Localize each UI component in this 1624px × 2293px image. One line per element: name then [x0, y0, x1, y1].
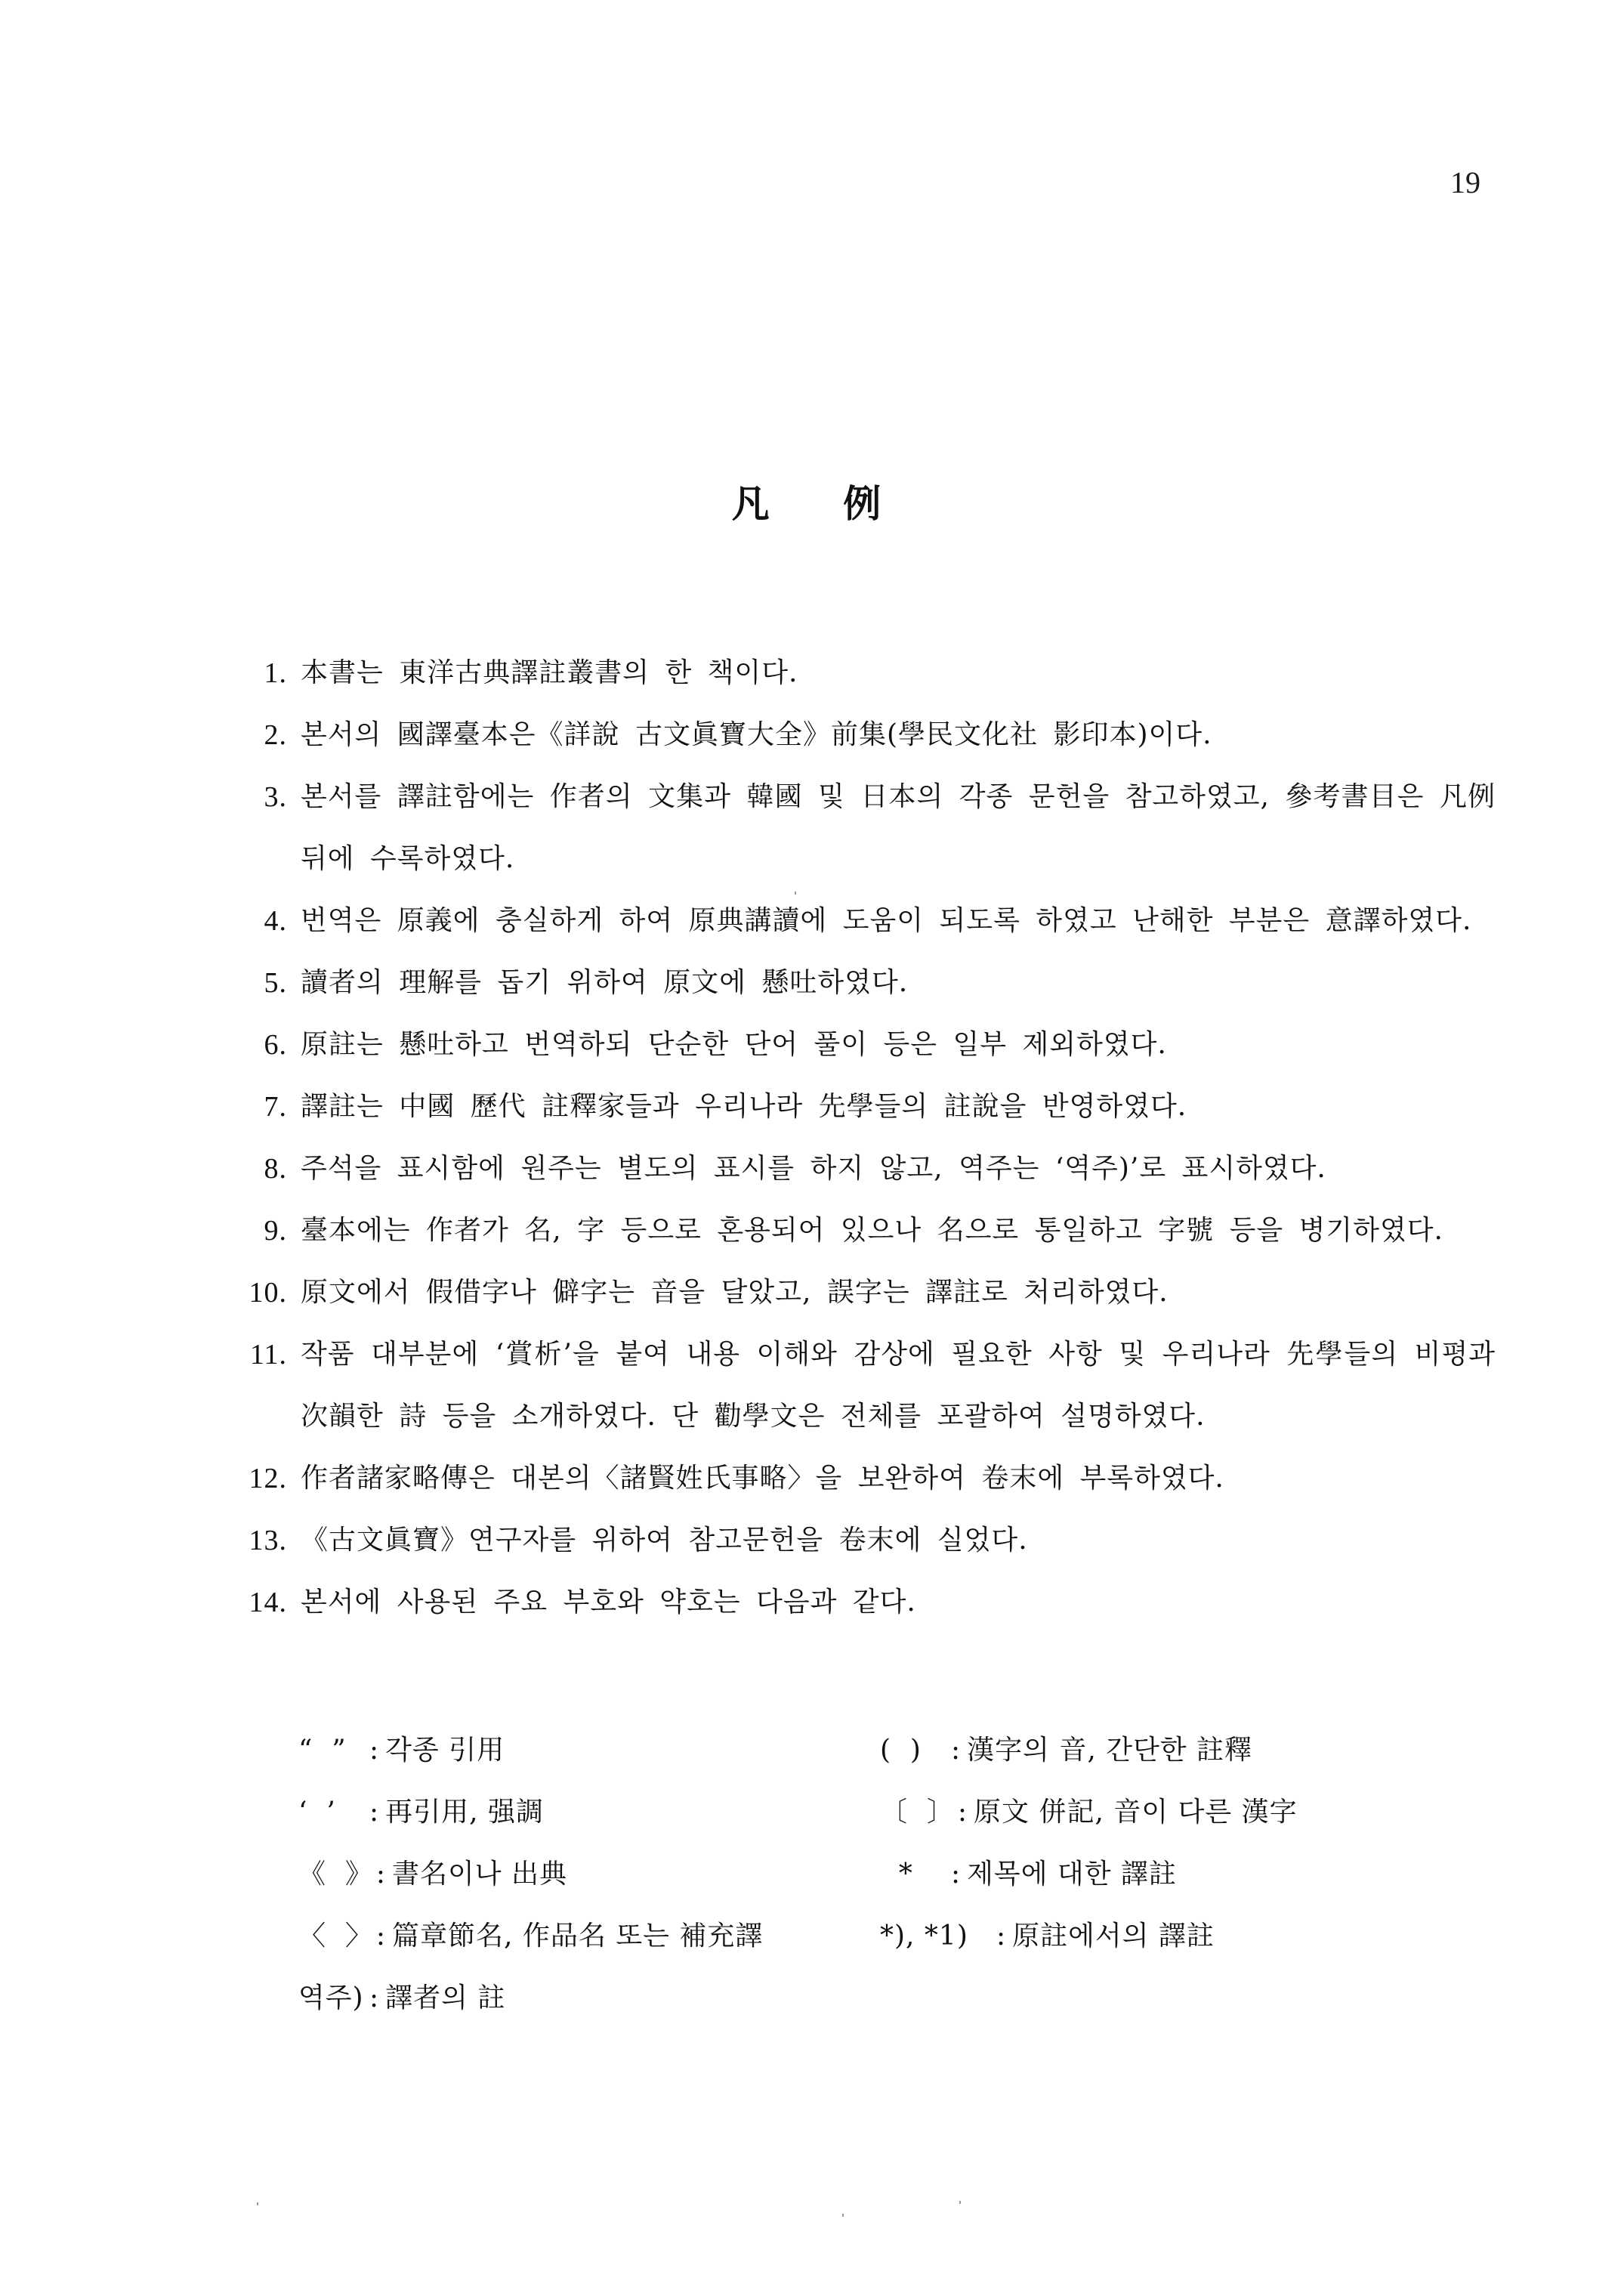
rule-number: 12.: [227, 1448, 301, 1510]
legend-meaning: 제목에 대한 譯註: [967, 1843, 1177, 1905]
rules-list: 1. 本書는 東洋古典譯註叢書의 한 책이다. 2. 본서의 國譯臺本은《詳說 …: [227, 642, 1496, 1633]
rule-text: 作者諸家略傳은 대본의〈諸賢姓氏事略〉을 보완하여 卷末에 부록하였다.: [301, 1448, 1496, 1510]
legend-meaning: 漢字의 音, 간단한 註釋: [967, 1720, 1252, 1782]
rule-item: 8. 주석을 표시함에 원주는 별도의 표시를 하지 않고, 역주는 ‘역주)’…: [227, 1138, 1496, 1200]
legend-item-angle-brackets: 〈 〉 : 篇章節名, 作品名 또는 補充譯: [298, 1905, 880, 1967]
legend-symbol: *), *1): [880, 1905, 993, 1967]
legend-item-parentheses: ( ) : 漢字의 音, 간단한 註釋: [880, 1720, 1356, 1782]
symbol-legend: “ ” : 각종 引用 ( ) : 漢字의 音, 간단한 註釋 ‘ ’ : 再引…: [298, 1720, 1356, 2029]
legend-symbol: 《 》: [298, 1843, 373, 1905]
legend-meaning: 篇章節名, 作品名 또는 補充譯: [392, 1905, 763, 1967]
legend-meaning: 原註에서의 譯註: [1012, 1905, 1215, 1967]
rule-number: 9.: [227, 1200, 301, 1262]
rule-item: 9. 臺本에는 作者가 名, 字 등으로 혼용되어 있으나 名으로 통일하고 字…: [227, 1200, 1496, 1262]
rule-text: 본서에 사용된 주요 부호와 약호는 다음과 같다.: [301, 1571, 1496, 1633]
legend-item-asterisk-paren: *), *1) : 原註에서의 譯註: [880, 1905, 1356, 1967]
rule-text: 《古文眞寶》연구자를 위하여 참고문헌을 卷末에 실었다.: [301, 1510, 1496, 1571]
rule-number: 2.: [227, 704, 301, 766]
legend-separator: :: [948, 1720, 967, 1782]
rule-number: 11.: [227, 1324, 301, 1386]
rule-number: 3.: [227, 766, 301, 828]
legend-separator: :: [373, 1843, 392, 1905]
legend-item-double-quotes: “ ” : 각종 引用: [298, 1720, 880, 1782]
legend-separator: :: [366, 1720, 385, 1782]
rule-text: 본서의 國譯臺本은《詳說 古文眞寶大全》前集(學民文化社 影印本)이다.: [301, 704, 1496, 766]
scan-speck: [842, 2214, 844, 2217]
legend-item-asterisk: * : 제목에 대한 譯註: [880, 1843, 1356, 1905]
legend-meaning: 각종 引用: [385, 1720, 505, 1782]
legend-separator: :: [366, 1782, 385, 1843]
rule-text: 讀者의 理解를 돕기 위하여 原文에 懸吐하였다.: [301, 952, 1496, 1014]
rule-item: 13. 《古文眞寶》연구자를 위하여 참고문헌을 卷末에 실었다.: [227, 1510, 1496, 1571]
rule-number: 1.: [227, 642, 301, 704]
legend-item-single-quotes: ‘ ’ : 再引用, 强調: [298, 1782, 880, 1843]
page-number: 19: [1450, 168, 1480, 198]
rule-number: 5.: [227, 952, 301, 1014]
legend-meaning: 再引用, 强調: [385, 1782, 544, 1843]
scan-speck: [795, 892, 796, 895]
rule-number: 14.: [227, 1571, 301, 1633]
rule-text: 작품 대부분에 ‘賞析’을 붙여 내용 이해와 감상에 필요한 사항 및 우리나…: [301, 1324, 1496, 1448]
rule-text: 본서를 譯註함에는 作者의 文集과 韓國 및 日本의 각종 문헌을 참고하였고,…: [301, 766, 1496, 890]
rule-text: 번역은 原義에 충실하게 하여 原典講讀에 도움이 되도록 하였고 난해한 부분…: [301, 890, 1496, 952]
legend-symbol: “ ”: [298, 1720, 366, 1782]
scan-speck: [959, 2201, 961, 2204]
rule-item: 7. 譯註는 中國 歷代 註釋家들과 우리나라 先學들의 註說을 반영하였다.: [227, 1076, 1496, 1138]
rule-item: 2. 본서의 國譯臺本은《詳說 古文眞寶大全》前集(學民文化社 影印本)이다.: [227, 704, 1496, 766]
scan-speck: [332, 1352, 334, 1355]
rule-text: 原文에서 假借字나 僻字는 音을 달았고, 誤字는 譯註로 처리하였다.: [301, 1262, 1496, 1324]
rule-text: 주석을 표시함에 원주는 별도의 표시를 하지 않고, 역주는 ‘역주)’로 표…: [301, 1138, 1496, 1200]
legend-separator: :: [993, 1905, 1012, 1967]
legend-meaning: 譯者의 註: [385, 1967, 505, 2029]
legend-separator: :: [373, 1905, 392, 1967]
rule-number: 13.: [227, 1510, 301, 1571]
legend-item-translator-note: 역주) : 譯者의 註: [298, 1967, 880, 2029]
rule-number: 7.: [227, 1076, 301, 1138]
legend-symbol: 역주): [298, 1967, 366, 2029]
rule-item: 4. 번역은 原義에 충실하게 하여 原典講讀에 도움이 되도록 하였고 난해한…: [227, 890, 1496, 952]
rule-number: 8.: [227, 1138, 301, 1200]
rule-number: 6.: [227, 1014, 301, 1076]
legend-symbol: ( ): [880, 1720, 948, 1782]
page-title: 凡 例: [0, 485, 1624, 523]
legend-symbol: 〈 〉: [298, 1905, 373, 1967]
rule-text: 譯註는 中國 歷代 註釋家들과 우리나라 先學들의 註說을 반영하였다.: [301, 1076, 1496, 1138]
rule-item: 1. 本書는 東洋古典譯註叢書의 한 책이다.: [227, 642, 1496, 704]
rule-text: 本書는 東洋古典譯註叢書의 한 책이다.: [301, 642, 1496, 704]
legend-symbol: *: [880, 1843, 948, 1905]
rule-item: 14. 본서에 사용된 주요 부호와 약호는 다음과 같다.: [227, 1571, 1496, 1633]
legend-separator: :: [955, 1782, 974, 1843]
rule-item: 12. 作者諸家略傳은 대본의〈諸賢姓氏事略〉을 보완하여 卷末에 부록하였다.: [227, 1448, 1496, 1510]
rule-item: 6. 原註는 懸吐하고 번역하되 단순한 단어 풀이 등은 일부 제외하였다.: [227, 1014, 1496, 1076]
legend-item-double-angle-brackets: 《 》 : 書名이나 出典: [298, 1843, 880, 1905]
legend-separator: :: [366, 1967, 385, 2029]
rule-item: 3. 본서를 譯註함에는 作者의 文集과 韓國 및 日本의 각종 문헌을 참고하…: [227, 766, 1496, 890]
rule-item: 5. 讀者의 理解를 돕기 위하여 原文에 懸吐하였다.: [227, 952, 1496, 1014]
rule-text: 原註는 懸吐하고 번역하되 단순한 단어 풀이 등은 일부 제외하였다.: [301, 1014, 1496, 1076]
legend-symbol: 〔 〕: [880, 1782, 955, 1843]
legend-meaning: 書名이나 出典: [392, 1843, 567, 1905]
rule-number: 10.: [227, 1262, 301, 1324]
rule-item: 10. 原文에서 假借字나 僻字는 音을 달았고, 誤字는 譯註로 처리하였다.: [227, 1262, 1496, 1324]
rule-text: 臺本에는 作者가 名, 字 등으로 혼용되어 있으나 名으로 통일하고 字號 등…: [301, 1200, 1496, 1262]
rule-number: 4.: [227, 890, 301, 952]
legend-symbol: ‘ ’: [298, 1782, 366, 1843]
legend-meaning: 原文 併記, 音이 다른 漢字: [974, 1782, 1298, 1843]
legend-item-tortoise-brackets: 〔 〕 : 原文 併記, 音이 다른 漢字: [880, 1782, 1356, 1843]
rule-item: 11. 작품 대부분에 ‘賞析’을 붙여 내용 이해와 감상에 필요한 사항 및…: [227, 1324, 1496, 1448]
scan-speck: [257, 2202, 258, 2205]
legend-separator: :: [948, 1843, 967, 1905]
